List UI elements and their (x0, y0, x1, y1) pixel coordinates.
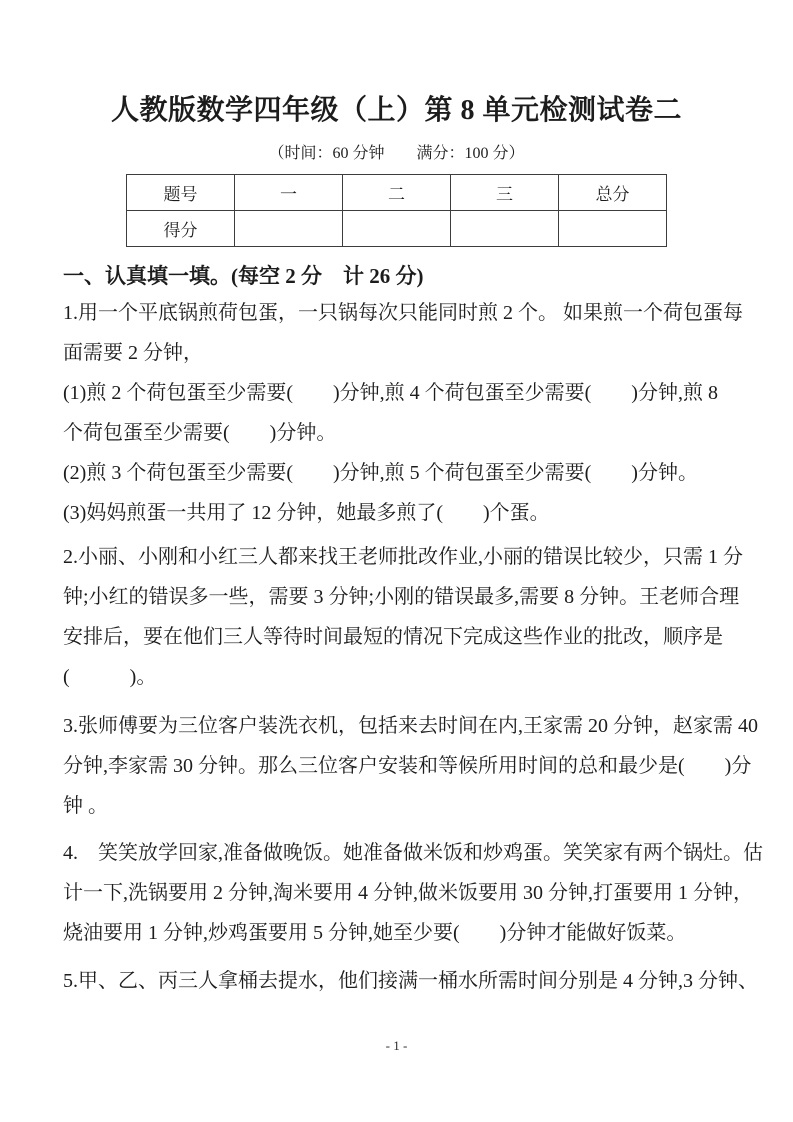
question-line: (1)煎 2 个荷包蛋至少需要( )分钟,煎 4 个荷包蛋至少需要( )分钟,煎… (63, 373, 773, 413)
question-line: 1.用一个平底锅煎荷包蛋，一只锅每次只能同时煎 2 个。 如果煎一个荷包蛋每 (63, 293, 773, 333)
score-table-header-cell: 二 (343, 175, 451, 211)
score-cell-2 (343, 211, 451, 247)
question-5: 5.甲、乙、丙三人拿桶去提水，他们接满一桶水所需时间分别是 4 分钟,3 分钟、 (63, 961, 773, 1001)
score-table-header-cell: 题号 (127, 175, 235, 211)
question-line: 分钟,李家需 30 分钟。那么三位客户安装和等候所用时间的总和最少是( )分 (63, 746, 773, 786)
question-line: 钟 。 (63, 786, 773, 826)
question-3: 3.张师傅要为三位客户装洗衣机，包括来去时间在内,王家需 20 分钟，赵家需 4… (63, 706, 773, 826)
score-row-label: 得分 (127, 211, 235, 247)
test-paper-page: 人教版数学四年级（上）第 8 单元检测试卷二 （时间：60 分钟 满分：100 … (0, 0, 793, 1122)
page-number: - 1 - (0, 1038, 793, 1054)
fill-in-questions: 1.用一个平底锅煎荷包蛋，一只锅每次只能同时煎 2 个。 如果煎一个荷包蛋每 面… (63, 293, 773, 1001)
document-title: 人教版数学四年级（上）第 8 单元检测试卷二 (0, 0, 793, 128)
question-line: ( )。 (63, 657, 773, 697)
question-line: 安排后，要在他们三人等待时间最短的情况下完成这些作业的批改，顺序是 (63, 617, 773, 657)
question-2: 2.小丽、小刚和小红三人都来找王老师批改作业,小丽的错误比较少，只需 1 分 钟… (63, 537, 773, 697)
question-line: (3)妈妈煎蛋一共用了 12 分钟，她最多煎了( )个蛋。 (63, 493, 773, 533)
score-cell-total (559, 211, 667, 247)
score-table: 题号 一 二 三 总分 得分 (126, 174, 667, 247)
question-line: 烧油要用 1 分钟,炒鸡蛋要用 5 分钟,她至少要( )分钟才能做好饭菜。 (63, 913, 773, 953)
score-table-header-cell: 一 (235, 175, 343, 211)
score-table-score-row: 得分 (127, 211, 667, 247)
score-cell-1 (235, 211, 343, 247)
question-4: 4. 笑笑放学回家,准备做晚饭。她准备做米饭和炒鸡蛋。笑笑家有两个锅灶。估 计一… (63, 833, 773, 953)
score-table-header-cell: 三 (451, 175, 559, 211)
question-line: 个荷包蛋至少需要( )分钟。 (63, 413, 773, 453)
score-table-header-row: 题号 一 二 三 总分 (127, 175, 667, 211)
score-table-header-cell: 总分 (559, 175, 667, 211)
time-score-info: （时间：60 分钟 满分：100 分） (0, 144, 793, 164)
question-line: 面需要 2 分钟， (63, 333, 773, 373)
question-line: 钟;小红的错误多一些，需要 3 分钟;小刚的错误最多,需要 8 分钟。王老师合理 (63, 577, 773, 617)
question-1: 1.用一个平底锅煎荷包蛋，一只锅每次只能同时煎 2 个。 如果煎一个荷包蛋每 面… (63, 293, 773, 533)
question-line: 5.甲、乙、丙三人拿桶去提水，他们接满一桶水所需时间分别是 4 分钟,3 分钟、 (63, 961, 773, 1001)
question-line: 计一下,洗锅要用 2 分钟,淘米要用 4 分钟,做米饭要用 30 分钟,打蛋要用… (63, 873, 773, 913)
question-line: 2.小丽、小刚和小红三人都来找王老师批改作业,小丽的错误比较少，只需 1 分 (63, 537, 773, 577)
score-cell-3 (451, 211, 559, 247)
question-line: 3.张师傅要为三位客户装洗衣机，包括来去时间在内,王家需 20 分钟，赵家需 4… (63, 706, 773, 746)
question-line: 4. 笑笑放学回家,准备做晚饭。她准备做米饭和炒鸡蛋。笑笑家有两个锅灶。估 (63, 833, 773, 873)
question-line: (2)煎 3 个荷包蛋至少需要( )分钟,煎 5 个荷包蛋至少需要( )分钟。 (63, 453, 773, 493)
section-one-heading: 一、认真填一填。(每空 2 分 计 26 分) (63, 263, 793, 289)
